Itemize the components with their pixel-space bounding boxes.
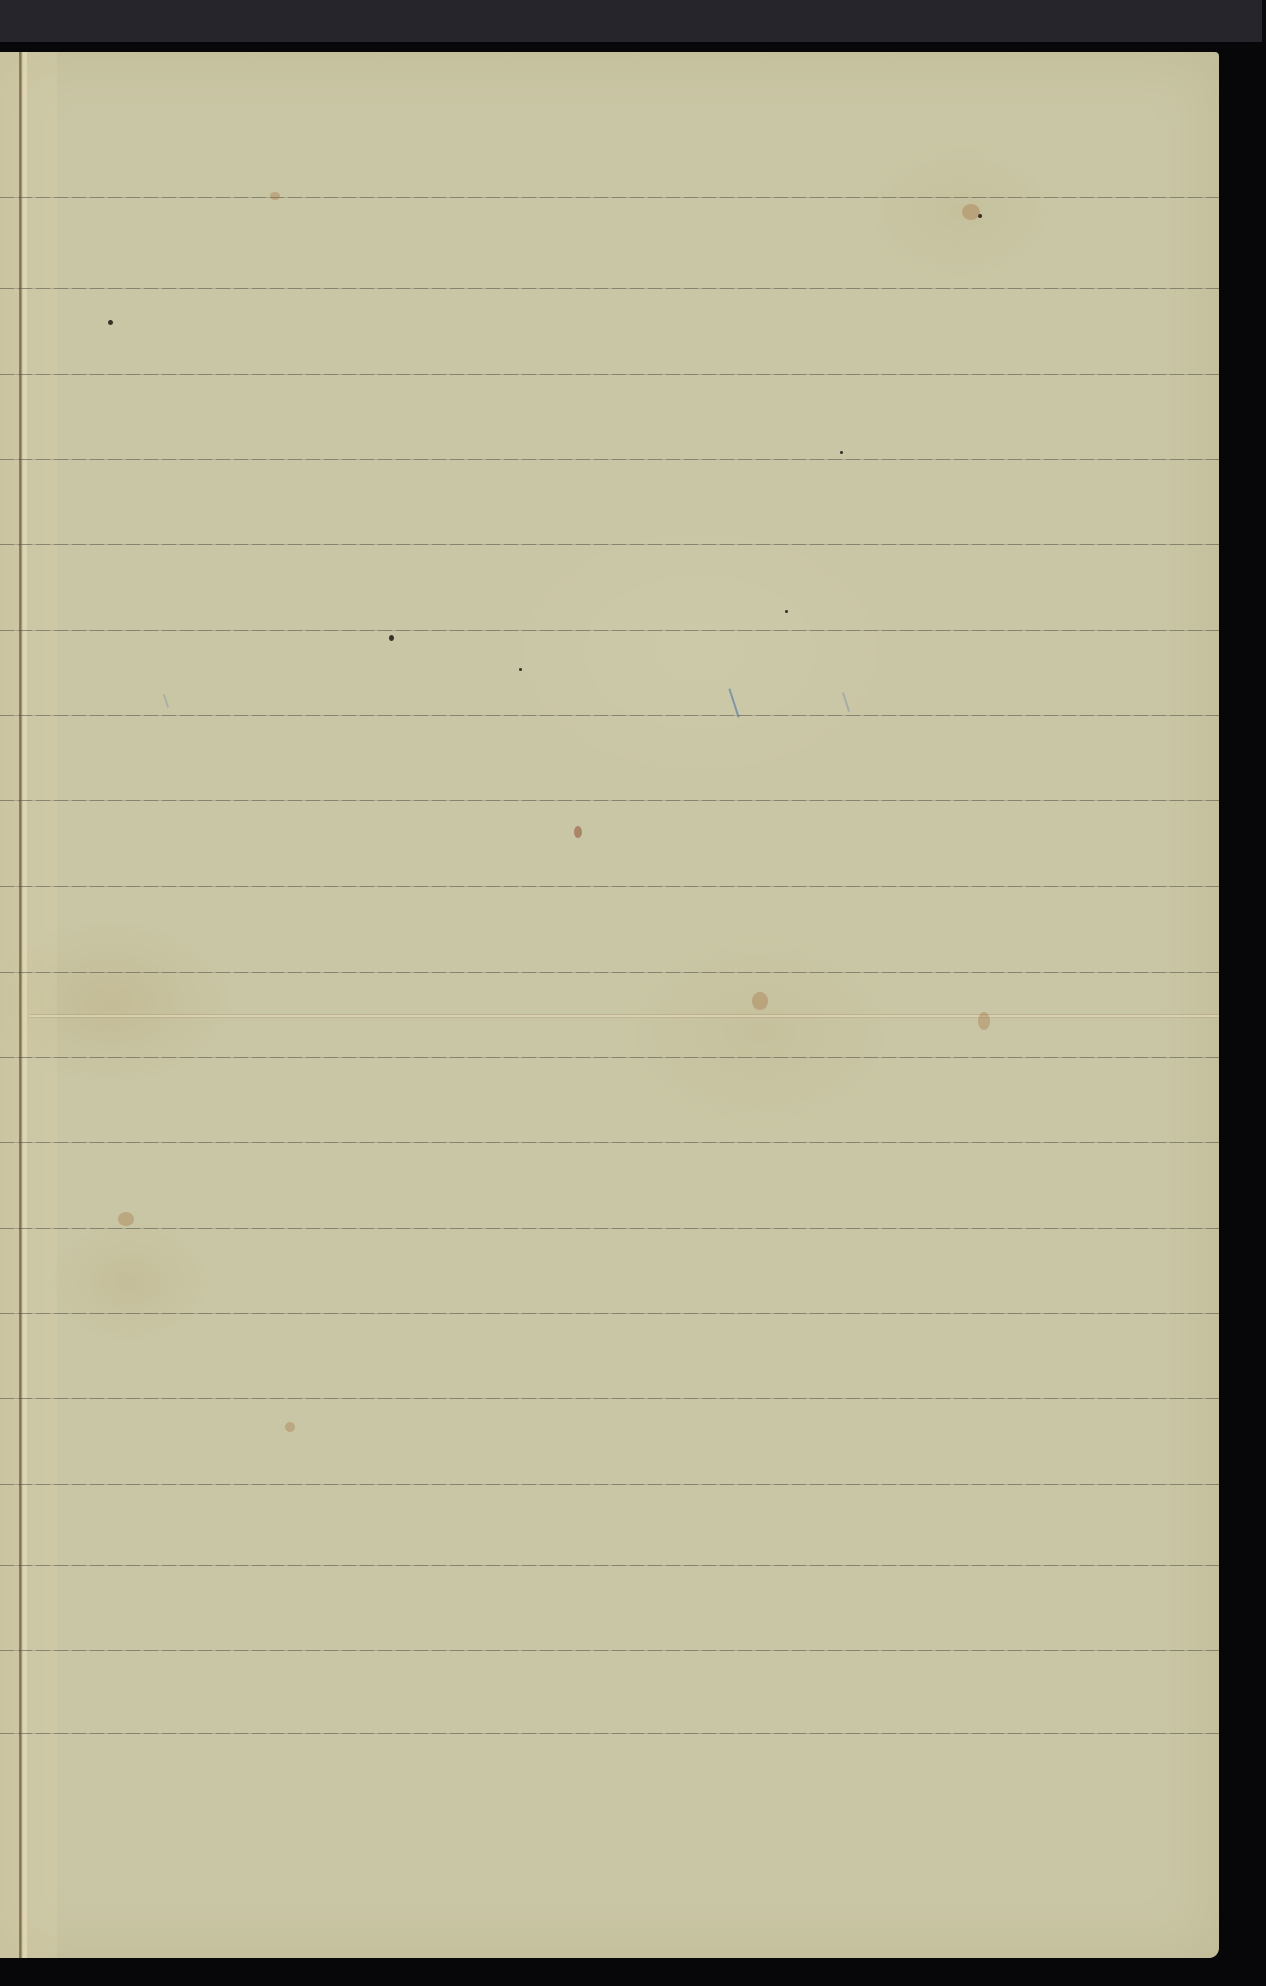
ruled-line [0,1650,1219,1651]
foxing-stain [285,1422,295,1432]
paper-sheet [0,52,1219,1958]
left-margin-strip [0,52,57,1958]
horizontal-crease [30,1014,1219,1018]
ruled-line [0,544,1219,545]
ruled-line [0,1484,1219,1485]
foxing-stain [270,192,280,200]
vertical-fold-highlight [23,52,27,1958]
ruled-line [0,197,1219,198]
vertical-fold-line [19,52,22,1958]
ruled-line [0,1733,1219,1734]
foxing-stain [752,992,768,1010]
ink-speck [840,451,843,454]
ruled-line [0,972,1219,973]
ink-speck [519,668,522,671]
foxing-stain [978,1012,990,1030]
ruled-line [0,886,1219,887]
ruled-line [0,1142,1219,1143]
ink-bleed-mark [728,688,739,717]
ruled-line [0,630,1219,631]
ink-speck [108,320,113,325]
ruled-line [0,1057,1219,1058]
foxing-stain [574,826,582,838]
ruled-line [0,1228,1219,1229]
ink-speck [389,635,394,641]
ruled-line [0,459,1219,460]
ruled-line [0,1313,1219,1314]
ink-speck [785,610,788,613]
ruled-line [0,1565,1219,1566]
foxing-stain [962,204,980,220]
ruled-line [0,1398,1219,1399]
scanner-top-band [0,0,1262,42]
ink-bleed-mark [842,692,850,712]
ruled-line [0,288,1219,289]
ruled-line [0,800,1219,801]
ink-bleed-mark [163,694,169,708]
ruled-line [0,715,1219,716]
foxing-stain [118,1212,134,1226]
ruled-line [0,374,1219,375]
